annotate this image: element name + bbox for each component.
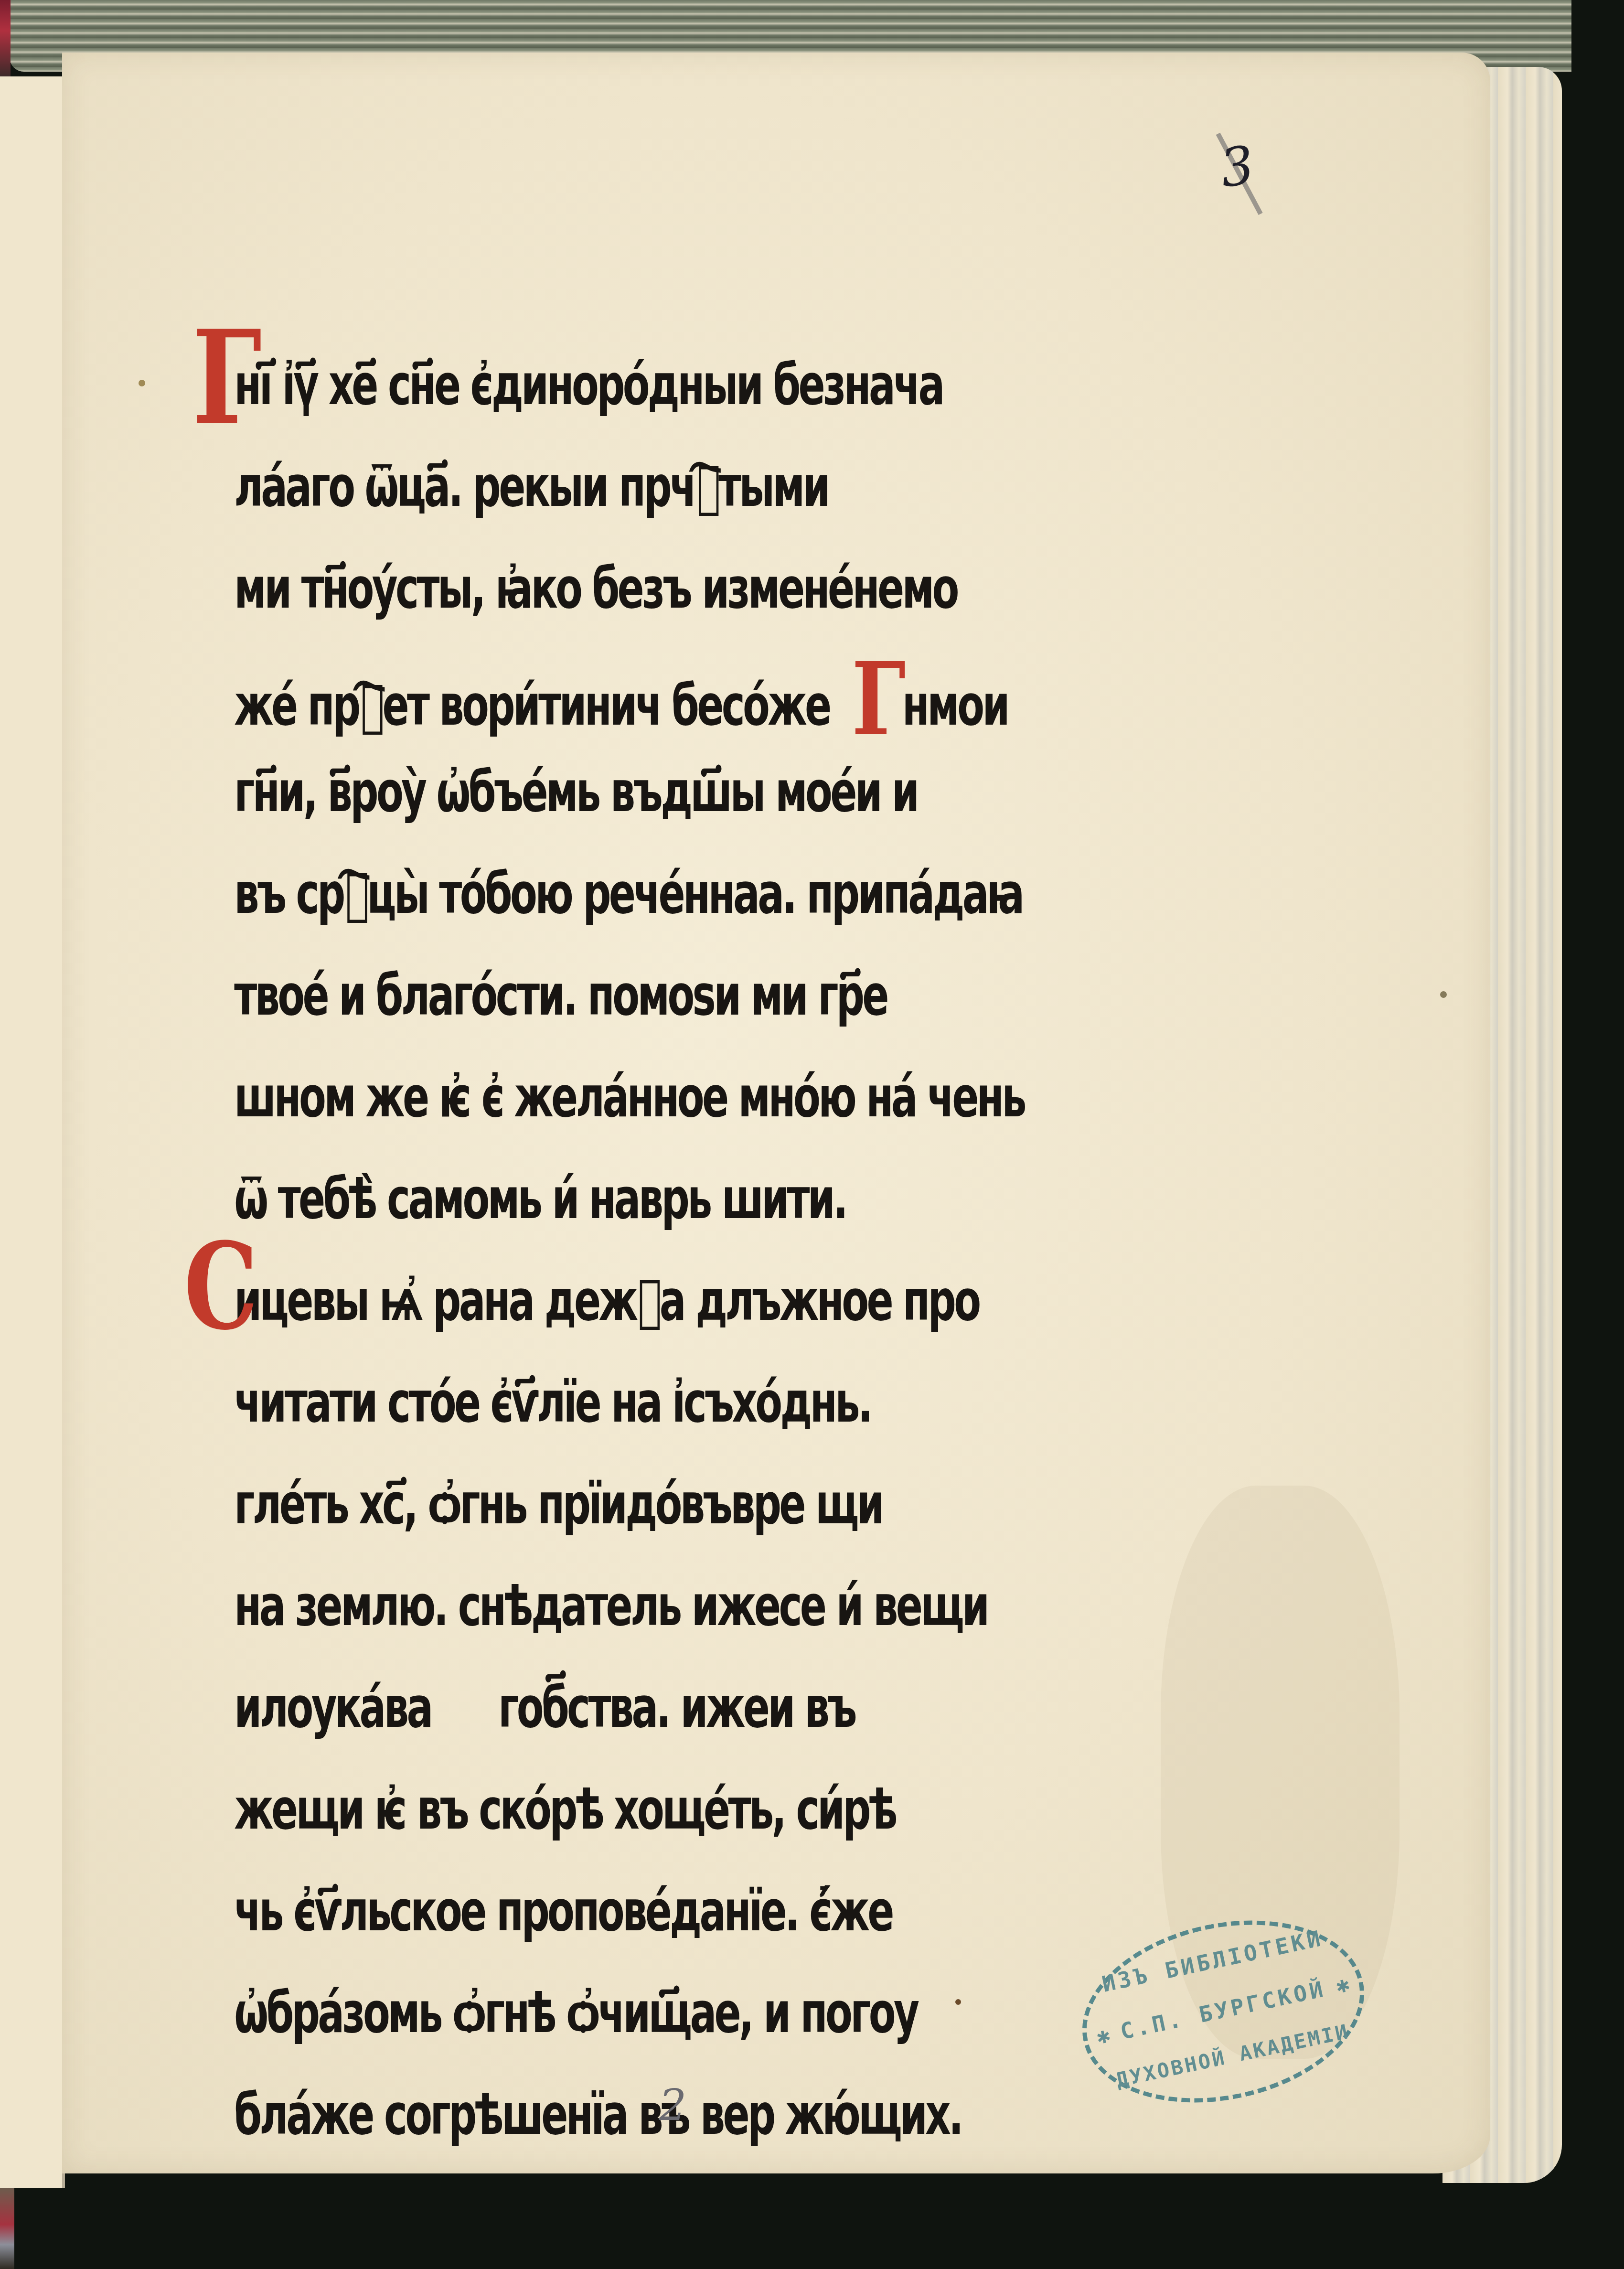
text-line-9: ѿ тебѣ̀ самомь и́ наврь шити. <box>201 1165 1020 1267</box>
binding-thread-top <box>0 0 11 76</box>
line-text: въ срⷣ҇цы̀ то́бою рече́ннаа. припа́даꙗ <box>201 860 1023 926</box>
line-text: шном же ѥ҆ є҆ жела́нное мно́ю на́ чень <box>201 1064 1025 1130</box>
line-text: гле́ть хс҃, ѻ҆гнь прїидо́въвре щи <box>201 1471 882 1537</box>
text-line-10: С ицевы ѩ҆ рана дежⷣа длъжное про <box>201 1267 1020 1369</box>
facing-page-edge <box>0 76 65 2188</box>
manuscript-text: Г ні҃ і҆ү҃ хе҃ сн҃е є҆диноро́дныи безнач… <box>201 351 1251 2183</box>
line-text: ми тн҃оу́сты, ꙗ҆ко безъ измене́немо <box>201 555 957 621</box>
line-text: ѡ҆бра́зомь ѻ҆гнѣ ѻ҆чищ҃ае, и погоу <box>201 1980 917 2045</box>
line-text: же́ прⷭ҇ет вори́тинич бесо́же <box>201 672 830 738</box>
text-line-7: твое́ и благо́сти. помоsи ми гр҃е <box>201 962 1020 1063</box>
line-text: ѿ тебѣ̀ самомь и́ наврь шити. <box>201 1166 846 1231</box>
text-line-2: ла́аго ѿца҃. рекыи прчⷭ҇тыми <box>201 453 1020 555</box>
text-line-12: гле́ть хс҃, ѻ҆гнь прїидо́въвре щи <box>201 1470 1020 1572</box>
line-text: ицевы ѩ҆ рана дежⷣа длъжное про <box>201 1267 979 1333</box>
line-text: гн҃и, в҃роу̀ ѡ҆бъе́мь въдш҃ы мое́и и <box>201 759 917 824</box>
margin-mark <box>139 380 145 386</box>
line-text: твое́ и благо́сти. помоsи ми гр҃е <box>201 962 887 1028</box>
text-line-1: Г ні҃ і҆ү҃ хе҃ сн҃е є҆диноро́дныи безнач… <box>201 351 1020 453</box>
line-text: бла́же согрѣшенїа въ вер жю́щих. <box>201 2081 962 2147</box>
line-text: нмои <box>902 672 1008 738</box>
line-text: ні҃ і҆ү҃ хе҃ сн҃е є҆диноро́дныи безнача <box>201 352 943 417</box>
line-text: чь є҆ѵ҃льское пропове́данїе. є҆́же <box>201 1878 892 1944</box>
line-text: читати сто́е є҆ѵ҃лїе на ı҆съхо́днь. <box>201 1369 871 1435</box>
text-line-13: на землю. снѣдатель ижесе и́ вещи <box>201 1572 1020 1674</box>
text-line-15: жещи ѥ҆ въ ско́рѣ хоще́ть, си́рѣ <box>201 1776 1020 1877</box>
line-text: илоука́ва <box>201 1674 431 1740</box>
pencil-page-number: 2 <box>659 2080 686 2130</box>
text-line-14: илоука́вагоб҃ства. ижеи въ <box>201 1674 1020 1776</box>
line-text: на землю. снѣдатель ижесе и́ вещи <box>201 1573 987 1638</box>
rubric-initial: С <box>184 1221 258 1350</box>
text-line-11: читати сто́е є҆ѵ҃лїе на ı҆съхо́днь. <box>201 1369 1020 1470</box>
text-line-16: чь є҆ѵ҃льское пропове́данїе. є҆́же <box>201 1877 1020 1979</box>
text-line-5: гн҃и, в҃роу̀ ѡ҆бъе́мь въдш҃ы мое́и и <box>201 758 1020 860</box>
text-line-4: же́ прⷭ҇ет вори́тинич бесо́жеГнмои <box>201 656 1020 758</box>
line-text: гоб҃ства. ижеи въ <box>498 1674 855 1740</box>
text-line-8: шном же ѥ҆ є҆ жела́нное мно́ю на́ чень <box>201 1063 1020 1165</box>
line-text: жещи ѥ҆ въ ско́рѣ хоще́ть, си́рѣ <box>201 1776 896 1842</box>
text-line-18: бла́же согрѣшенїа въ вер жю́щих. <box>201 2081 1020 2183</box>
rubric-initial: Г <box>192 313 262 442</box>
line-text: ла́аго ѿца҃. рекыи прчⷭ҇тыми <box>201 453 828 519</box>
text-line-6: въ срⷣ҇цы̀ то́бою рече́ннаа. припа́даꙗ <box>201 860 1020 962</box>
margin-mark <box>1440 991 1447 998</box>
binding-thread-bottom <box>0 2188 14 2269</box>
rubric-initial-inline: Г <box>852 640 906 758</box>
text-line-17: ѡ҆бра́зомь ѻ҆гнѣ ѻ҆чищ҃ае, и погоу <box>201 1979 1020 2081</box>
